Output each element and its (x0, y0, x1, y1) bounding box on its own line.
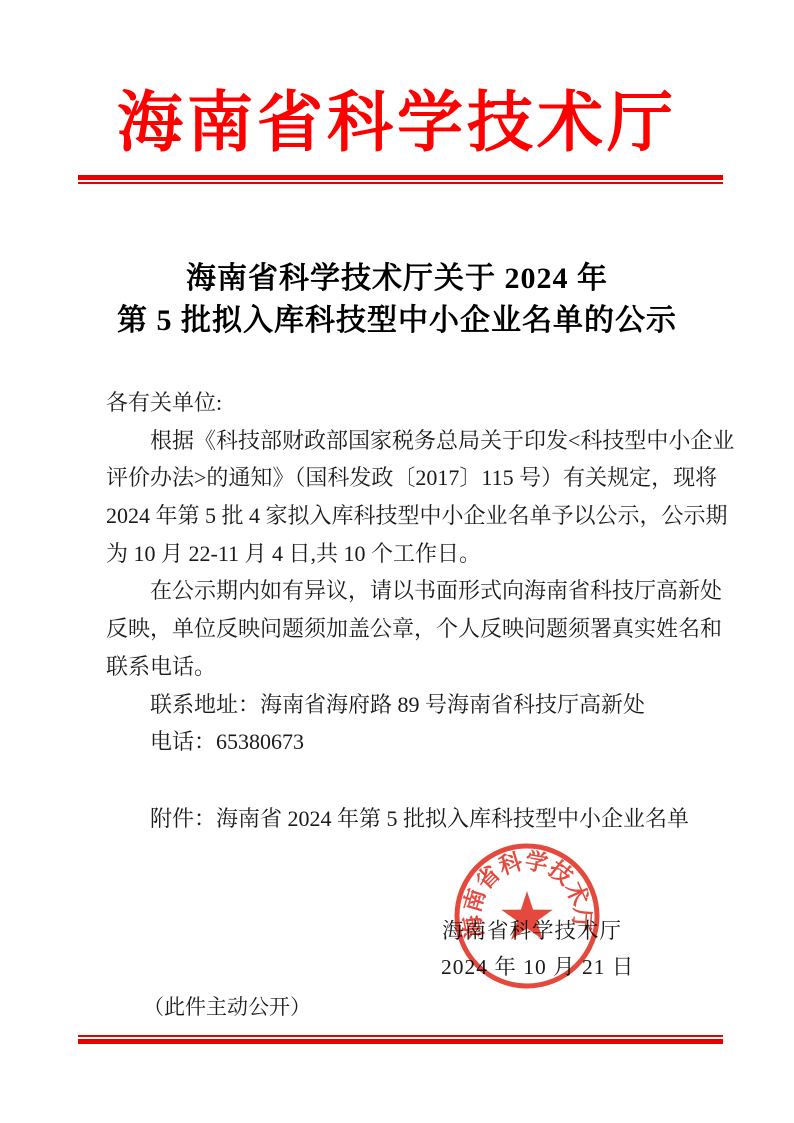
attachment-line: 附件：海南省 2024 年第 5 批拟入库科技型中小企业名单 (106, 800, 746, 838)
document-body: 各有关单位: 根据《科技部财政部国家税务总局关于印发<科技型中小企业 评价办法>… (106, 384, 706, 761)
document-title-line2: 第 5 批拟入库科技型中小企业名单的公示 (0, 300, 794, 342)
body-line: 联系电话。 (106, 648, 706, 686)
body-line: 评价办法>的通知》（国科发政〔2017〕115 号）有关规定，现将 (106, 459, 706, 497)
footer-rule-thick (78, 1039, 723, 1044)
disclosure-note: （此件主动公开） (143, 994, 311, 1020)
body-line: 在公示期内如有异议，请以书面形式向海南省科技厅高新处 (106, 572, 706, 610)
agency-masthead: 海南省科学技术厅 (0, 84, 794, 164)
body-line: 反映，单位反映问题须加盖公章，个人反映问题须署真实姓名和 (106, 610, 706, 648)
body-line-salutation: 各有关单位: (106, 384, 706, 422)
signature-agency: 海南省科学技术厅 (442, 918, 622, 944)
document-page: 海南省科学技术厅 海南省科学技术厅关于 2024 年 第 5 批拟入库科技型中小… (0, 0, 794, 1123)
body-line: 根据《科技部财政部国家税务总局关于印发<科技型中小企业 (106, 422, 706, 460)
footer-rule (78, 1035, 723, 1044)
body-line: 为 10 月 22-11 月 4 日,共 10 个工作日。 (106, 535, 706, 573)
masthead-rule (78, 175, 723, 184)
body-line-contact-address: 联系地址：海南省海府路 89 号海南省科技厅高新处 (106, 686, 706, 724)
body-line-contact-phone: 电话：65380673 (106, 723, 706, 761)
document-title: 海南省科学技术厅关于 2024 年 第 5 批拟入库科技型中小企业名单的公示 (0, 258, 794, 342)
body-line: 2024 年第 5 批 4 家拟入库科技型中小企业名单予以公示，公示期 (106, 497, 706, 535)
signature-date: 2024 年 10 月 21 日 (441, 954, 634, 980)
document-title-line1: 海南省科学技术厅关于 2024 年 (0, 258, 794, 300)
masthead-rule-thin (78, 182, 723, 184)
